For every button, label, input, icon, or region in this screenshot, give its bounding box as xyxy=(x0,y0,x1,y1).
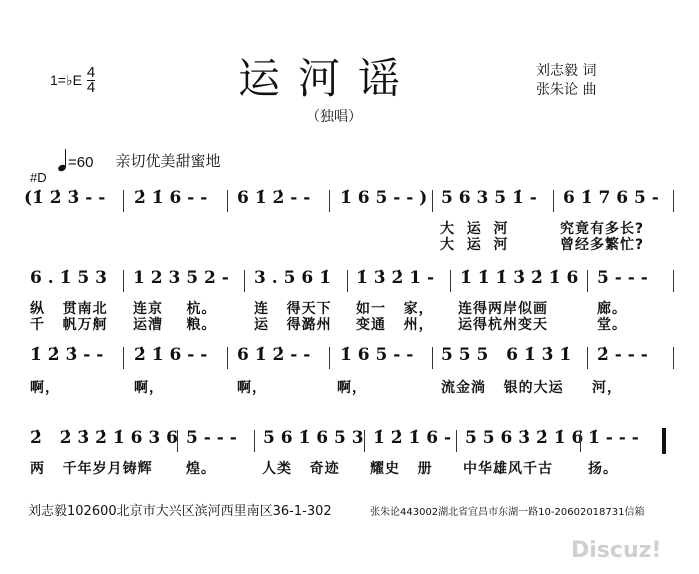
lyric: 耀史 册 xyxy=(370,458,433,478)
measure: 5 5 5 6 1̇ 3̇ 1̇ xyxy=(441,345,571,365)
barline xyxy=(587,347,588,369)
lyric: 堂。 xyxy=(597,314,627,334)
barline xyxy=(432,347,433,369)
lyricist: 刘志毅 词 xyxy=(536,62,596,81)
lyric: 啊， xyxy=(237,377,267,397)
measure: 1̇ 3̇ 2̇ 1 - xyxy=(356,268,434,288)
expression-marking: 亲切优美甜蜜地 xyxy=(115,150,220,171)
lyric: 中华雄风千古 xyxy=(463,458,553,478)
measure: 6 1̇ 2̇ - - xyxy=(237,345,310,365)
lyric: 运 得潞州 xyxy=(254,314,332,334)
song-subtitle: （独唱） xyxy=(306,106,362,126)
lyric: 啊， xyxy=(30,377,60,397)
measure: 5 5 6 3̇ 2̇ 1̇ 6 xyxy=(465,428,583,448)
lyric: 扬。 xyxy=(588,458,618,478)
composer-address: 张朱论443002湖北省宜昌市东湖一路10-20602018731信箱 xyxy=(370,503,645,518)
quarter-note-icon xyxy=(58,149,67,171)
barline xyxy=(329,347,330,369)
measure: 5 - - - xyxy=(597,268,648,288)
key-label: 1=♭E xyxy=(50,72,82,89)
measure: 1 2 3 5 2 - xyxy=(133,268,229,288)
composer: 张朱论 曲 xyxy=(536,81,596,100)
barline xyxy=(123,347,124,369)
lyric: 河， xyxy=(592,377,622,397)
measure: 5 6 1̇ 6 5 3 xyxy=(263,428,364,448)
lyric: 大 运 河 xyxy=(440,234,509,254)
barline xyxy=(123,190,124,212)
barline xyxy=(553,190,554,212)
lyric: 运漕 粮。 xyxy=(133,314,217,334)
measure: 1̇ 6 5 - - ) xyxy=(340,188,427,208)
measure: (1̇ 2̇ 3̇ - - xyxy=(24,188,105,208)
barline xyxy=(177,430,178,452)
measure: 6 1̇ 7 6 5 - xyxy=(563,188,659,208)
lyric: 千 帆万舸 xyxy=(30,314,108,334)
lyric: 啊， xyxy=(134,377,164,397)
measure: 2̇ 1̇ 6 - - xyxy=(134,188,207,208)
lyric: 流金淌 银的大运 xyxy=(441,377,564,397)
barline xyxy=(227,190,228,212)
measure: 2̇ - - - xyxy=(597,345,648,365)
barline xyxy=(123,270,124,292)
key-signature: 1=♭E 4 4 xyxy=(50,66,95,95)
credits: 刘志毅 词 张朱论 曲 xyxy=(536,62,596,100)
barline xyxy=(254,430,255,452)
final-barline xyxy=(662,428,666,454)
measure: 2̇ 2̇ 3̇ 2̇ 1̇ 6 3 6 xyxy=(30,428,178,448)
barline xyxy=(456,430,457,452)
measure: 6 1̇ 2̇ - - xyxy=(237,188,310,208)
measure: 1̇ - - - xyxy=(588,428,639,448)
modulation-marking: #D xyxy=(30,170,47,185)
barline xyxy=(364,430,365,452)
song-title: 运河谣 xyxy=(238,46,418,106)
barline xyxy=(587,270,588,292)
lyricist-address: 刘志毅102600北京市大兴区滨河西里南区36-1-302 xyxy=(28,500,332,519)
lyric: 啊， xyxy=(337,377,367,397)
lyric: 两 千年岁月铸辉 xyxy=(30,458,153,478)
lyric: 曾经多繁忙? xyxy=(560,234,644,254)
measure: 1̇ 6 5 - - xyxy=(340,345,413,365)
barline xyxy=(244,270,245,292)
measure: 6 . 1̇ 5 3 xyxy=(30,268,107,288)
barline xyxy=(432,190,433,212)
measure: 5 6 3 5 1̇ - xyxy=(441,188,537,208)
watermark: Discuz! xyxy=(571,538,661,563)
measure: 1̇ 2̇ 3̇ - - xyxy=(30,345,103,365)
barline xyxy=(329,190,330,212)
measure: 2̇ 1̇ 6 - - xyxy=(134,345,207,365)
barline xyxy=(673,347,674,369)
lyric: 煌。 xyxy=(186,458,216,478)
lyric: 人类 奇迹 xyxy=(262,458,340,478)
barline xyxy=(673,270,674,292)
measure: 1̇ 2̇ 1̇ 6 - xyxy=(373,428,451,448)
measure: 5 - - - xyxy=(186,428,237,448)
barline xyxy=(580,430,581,452)
lyric: 变通 州， xyxy=(356,314,434,334)
lyric: 运得杭州变天 xyxy=(458,314,548,334)
measure: 1̇ 1̇ 1̇ 3̇ 2̇ 1̇ 6 xyxy=(460,268,578,288)
barline xyxy=(673,190,674,212)
barline xyxy=(227,347,228,369)
measure: 3 . 5 6 1̇ xyxy=(254,268,331,288)
time-signature: 4 4 xyxy=(87,66,95,95)
barline xyxy=(347,270,348,292)
tempo-marking: =60 亲切优美甜蜜地 xyxy=(58,149,220,171)
tempo-value: =60 xyxy=(68,154,93,171)
barline xyxy=(450,270,451,292)
